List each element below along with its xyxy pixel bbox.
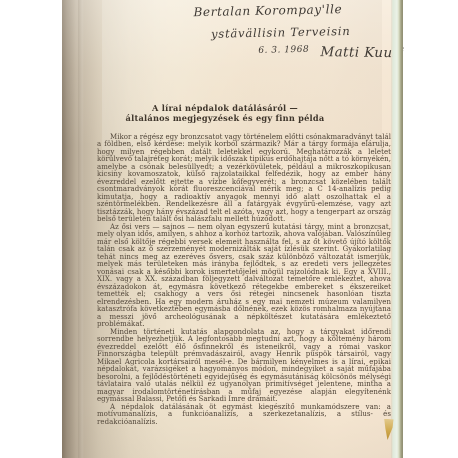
article-title-line1: A lírai népdalok datálásáról —: [152, 103, 298, 113]
article-paragraph-3: Minden történeti kutatás alapgondolata a…: [97, 329, 391, 404]
book-fore-edge-strip: [391, 0, 403, 458]
dedication-date: 6. 3. 1968: [258, 45, 309, 56]
article-paragraph-2: Az ősi vers — sajnos — nem olyan egyszer…: [97, 224, 391, 329]
article-text-column: A lírai népdalok datálásáról — általános…: [97, 104, 391, 426]
article-paragraph-4: A népdalok datálásának öt egymást kiegés…: [97, 404, 391, 427]
article-title: A lírai népdalok datálásáról — általános…: [78, 104, 372, 124]
scanned-book-photo: Bertalan Korompay'lle ystävällisin Terve…: [0, 0, 458, 458]
dedication-date-signature: 6. 3. 1968 Matti Kuusi: [258, 41, 404, 63]
article-title-line2: általános megjegyzések és egy finn példa: [126, 113, 325, 123]
handwritten-dedication: Bertalan Korompay'lle ystävällisin Terve…: [193, 1, 404, 64]
dedication-recipient: Bertalan Korompay'lle: [193, 1, 403, 19]
dedication-greeting: ystävällisin Terveisin: [211, 23, 404, 41]
article-paragraph-1: Mikor a régész egy bronzcsatot vagy tört…: [97, 134, 391, 224]
book-page: Bertalan Korompay'lle ystävällisin Terve…: [62, 0, 403, 458]
